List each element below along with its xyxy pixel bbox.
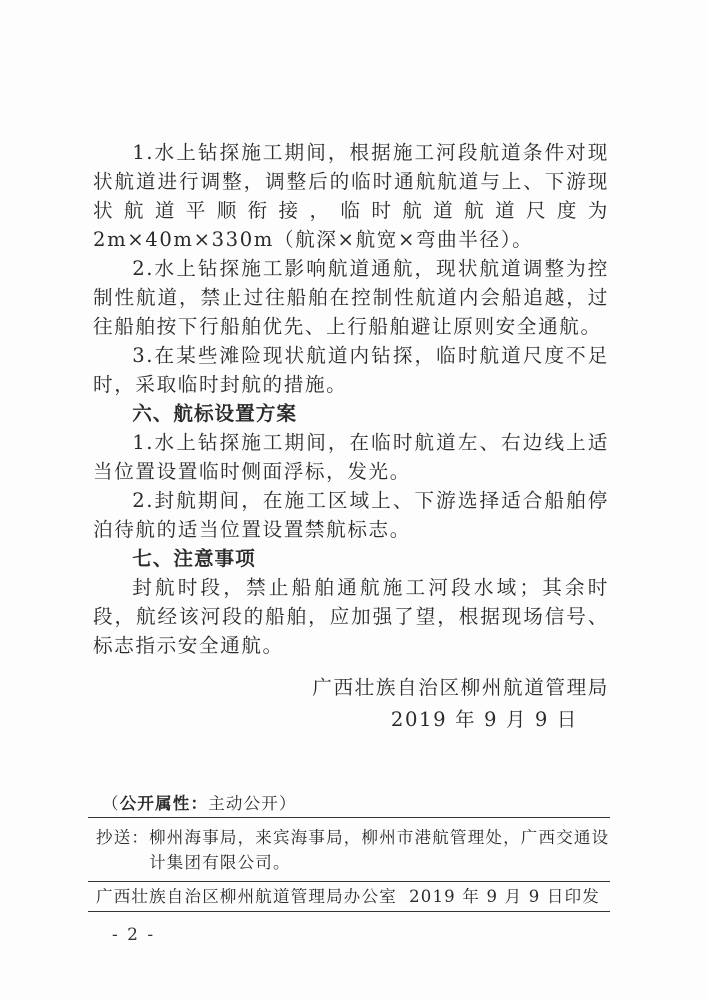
paragraph-no-navigation-signs: 2.封航期间，在施工区域上、下游选择适合船舶停泊待航的适当位置设置禁航标志。 xyxy=(93,486,609,544)
disclosure-value: 主动公开 xyxy=(208,794,279,813)
paragraph-temporary-closure: 3.在某些滩险现状航道内钻探，临时航道尺度不足时，采取临时封航的措施。 xyxy=(93,341,609,399)
issuing-office: 广西壮族自治区柳州航道管理局办公室 xyxy=(96,882,397,911)
paragraph-side-buoys: 1.水上钻探施工期间，在临时航道左、右边线上适当位置设置临时侧面浮标，发光。 xyxy=(93,428,609,486)
disclosure-open-paren: （ xyxy=(102,794,120,813)
cc-recipients: 抄送： 柳州海事局，来宾海事局，柳州市港航管理处，广西交通设计集团有限公司。 xyxy=(88,818,610,881)
disclosure-close-paren: ） xyxy=(279,794,297,813)
document-body: 1.水上钻探施工期间，根据施工河段航道条件对现状航道进行调整，调整后的临时通航航… xyxy=(93,138,609,660)
paragraph-controlled-channel: 2.水上钻探施工影响航道通航，现状航道调整为控制性航道，禁止过往船舶在控制性航道… xyxy=(93,254,609,341)
signature-organization: 广西壮族自治区柳州航道管理局 xyxy=(312,672,609,704)
disclosure-label: 公开属性： xyxy=(120,794,209,813)
issue-date: 2019 年 9 月 9 日印发 xyxy=(409,882,600,911)
cc-recipient-list: 柳州海事局，来宾海事局，柳州市港航管理处，广西交通设计集团有限公司。 xyxy=(149,825,610,875)
paragraph-channel-adjustment: 1.水上钻探施工期间，根据施工河段航道条件对现状航道进行调整，调整后的临时通航航… xyxy=(93,138,609,254)
footer-divider-bottom xyxy=(88,911,610,912)
cc-label: 抄送： xyxy=(96,825,149,875)
issue-line: 广西壮族自治区柳州航道管理局办公室 2019 年 9 月 9 日印发 xyxy=(88,882,610,911)
disclosure-attribute: （公开属性：主动公开） xyxy=(88,790,610,817)
signature-block: 广西壮族自治区柳州航道管理局 2019 年 9 月 9 日 xyxy=(312,672,609,736)
document-page: 1.水上钻探施工期间，根据施工河段航道条件对现状航道进行调整，调整后的临时通航航… xyxy=(0,0,707,1000)
signature-date: 2019 年 9 月 9 日 xyxy=(312,704,609,736)
section-heading-navigation-aids: 六、航标设置方案 xyxy=(93,399,609,428)
page-number: - 2 - xyxy=(112,925,155,945)
section-heading-precautions: 七、注意事项 xyxy=(93,544,609,573)
document-footer: （公开属性：主动公开） 抄送： 柳州海事局，来宾海事局，柳州市港航管理处，广西交… xyxy=(88,790,610,912)
paragraph-precautions: 封航时段，禁止船舶通航施工河段水域；其余时段，航经该河段的船舶，应加强了望，根据… xyxy=(93,573,609,660)
